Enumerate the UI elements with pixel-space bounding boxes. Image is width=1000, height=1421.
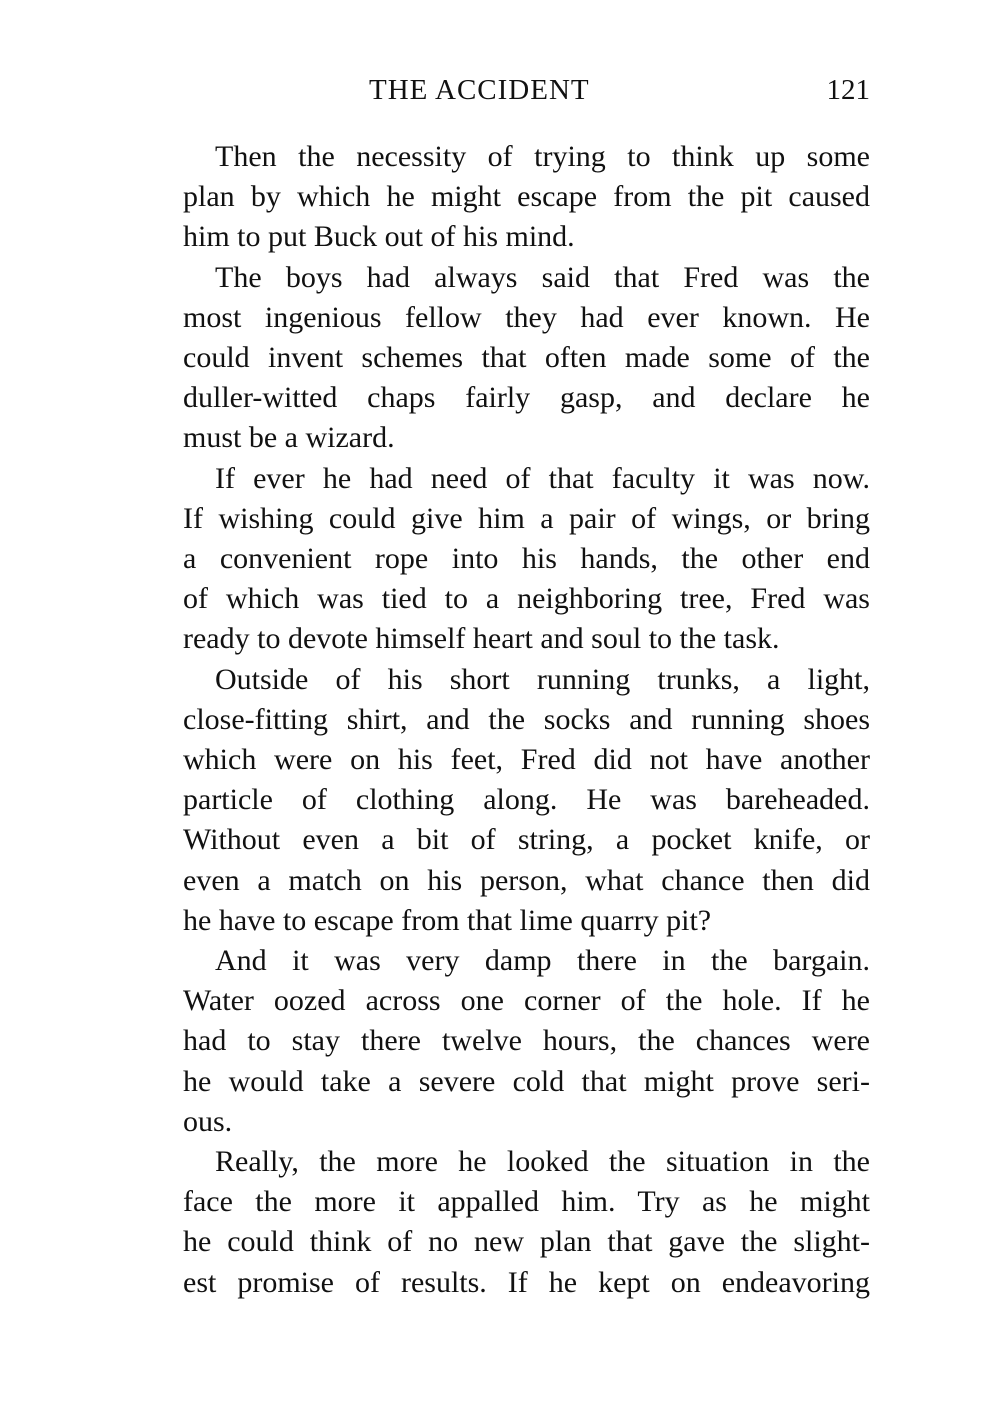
paragraph: The boys had always said that Fred was t…: [183, 258, 870, 459]
paragraph: Really, the more he looked the situation…: [183, 1142, 870, 1303]
text-line: he would take a severe cold that might p…: [183, 1062, 870, 1102]
text-line: him to put Buck out of his mind.: [183, 217, 870, 257]
text-line: he have to escape from that lime quarry …: [183, 901, 870, 941]
text-line: of which was tied to a neighboring tree,…: [183, 579, 870, 619]
text-line: duller-witted chaps fairly gasp, and dec…: [183, 378, 870, 418]
text-line: which were on his feet, Fred did not hav…: [183, 740, 870, 780]
paragraph: Then the necessity of trying to think up…: [183, 137, 870, 258]
text-line: must be a wizard.: [183, 418, 870, 458]
text-line: And it was very damp there in the bargai…: [183, 941, 870, 981]
text-line: Outside of his short running trunks, a l…: [183, 660, 870, 700]
text-line: close-fitting shirt, and the socks and r…: [183, 700, 870, 740]
text-line: particle of clothing along. He was bareh…: [183, 780, 870, 820]
text-line: ous.: [183, 1102, 870, 1142]
text-line: If wishing could give him a pair of wing…: [183, 499, 870, 539]
text-line: face the more it appalled him. Try as he…: [183, 1182, 870, 1222]
paragraph: And it was very damp there in the bargai…: [183, 941, 870, 1142]
page-number: 121: [827, 74, 871, 107]
text-line: Water oozed across one corner of the hol…: [183, 981, 870, 1021]
text-line: a convenient rope into his hands, the ot…: [183, 539, 870, 579]
text-line: Really, the more he looked the situation…: [183, 1142, 870, 1182]
text-line: most ingenious fellow they had ever know…: [183, 298, 870, 338]
text-line: If ever he had need of that faculty it w…: [183, 459, 870, 499]
text-line: even a match on his person, what chance …: [183, 861, 870, 901]
text-line: Without even a bit of string, a pocket k…: [183, 820, 870, 860]
running-header: THE ACCIDENT 121: [183, 74, 870, 110]
page-body: Then the necessity of trying to think up…: [183, 137, 870, 1303]
text-line: he could think of no new plan that gave …: [183, 1222, 870, 1262]
text-line: plan by which he might escape from the p…: [183, 177, 870, 217]
text-line: could invent schemes that often made som…: [183, 338, 870, 378]
text-line: The boys had always said that Fred was t…: [183, 258, 870, 298]
running-title: THE ACCIDENT: [369, 74, 590, 107]
text-line: had to stay there twelve hours, the chan…: [183, 1021, 870, 1061]
paragraph: If ever he had need of that faculty it w…: [183, 459, 870, 660]
text-line: est promise of results. If he kept on en…: [183, 1263, 870, 1303]
paragraph: Outside of his short running trunks, a l…: [183, 660, 870, 941]
text-line: ready to devote himself heart and soul t…: [183, 619, 870, 659]
text-line: Then the necessity of trying to think up…: [183, 137, 870, 177]
